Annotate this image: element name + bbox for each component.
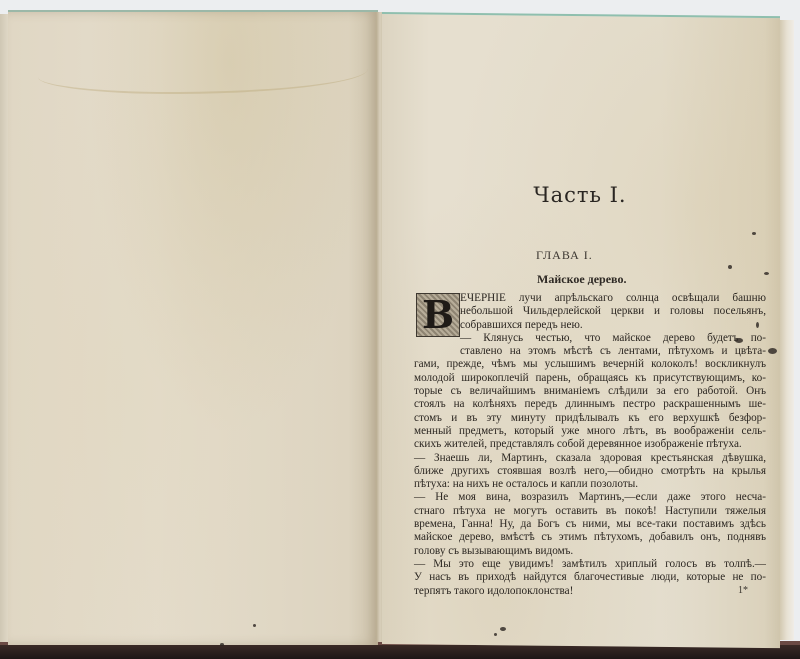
text-line: времена, Ганна! Ну, да Богъ съ ними, мы … [414,518,766,531]
part-title: Часть I. [520,183,640,207]
text-line: стомъ и въ эту минуту придѣлывалъ къ его… [414,412,766,425]
ink-stain [756,322,759,328]
text-line: небольшой Чильдерлейской церкви и головы… [414,305,766,318]
chapter-title: ГЛАВА I. [536,248,593,263]
text-line: молодой широкоплечій парень, обращаясь к… [414,372,766,385]
ink-stain [768,348,777,354]
ink-stain [735,338,743,343]
text-line: менный предметъ, который уже много лѣтъ,… [414,425,766,438]
text-line: ставлено на этомъ мѣстѣ съ лентами, пѣту… [414,345,766,358]
text-line: — Клянусь честью, что майское дерево буд… [414,332,766,345]
text-line: ЕЧЕРНІЕ лучи апрѣльскаго солнца освѣщали… [414,292,766,305]
ink-stain [500,627,506,631]
text-line: — Не моя вина, возразилъ Мартинъ,—если д… [414,491,766,504]
ink-stain [253,624,256,627]
water-stain [38,52,368,94]
ink-stain [752,232,756,235]
left-page-blank [8,10,378,645]
text-line: майское дерево, вмѣстѣ съ этимъ пѣтухомъ… [414,531,766,544]
text-line: У насъ въ приходѣ найдутся благочестивые… [414,571,766,584]
text-line: стнаго пѣтуха не могутъ оставить въ поко… [414,505,766,518]
text-line: терпятъ такого идолопоклонства! [414,585,766,598]
text-line: торые съ величайшимъ вниманіемъ слѣдили … [414,385,766,398]
ink-stain [494,633,497,636]
ink-stain [220,643,224,646]
page-signature-mark: 1* [738,585,748,596]
right-page-edge [780,20,794,640]
text-line: пѣтуха: на нихъ не осталось и капли позо… [414,478,766,491]
text-line: — Мы это еще увидимъ! замѣтилъ хриплый г… [414,558,766,571]
text-line: голову съ вызывающимъ видомъ. [414,545,766,558]
section-title: Майское дерево. [537,272,626,287]
text-line: ближе другихъ стоявшая возлѣ него,—обидн… [414,465,766,478]
ink-stain [728,265,732,269]
text-line: — Знаешь ли, Мартинъ, сказала здоровая к… [414,452,766,465]
text-line: собравшихся передъ нею. [414,319,766,332]
open-book: Часть I. ГЛАВА I. Майское дерево. В ЕЧЕР… [0,0,800,659]
body-text: ЕЧЕРНІЕ лучи апрѣльскаго солнца освѣщали… [414,292,766,598]
ink-stain [764,272,769,275]
text-line: скихъ жителей, представлялъ собой деревя… [414,438,766,451]
text-line: гами, прежде, чѣмъ мы услышимъ вечерній … [414,358,766,371]
text-line: стоялъ на колѣняхъ передъ длиннымъ пестр… [414,398,766,411]
